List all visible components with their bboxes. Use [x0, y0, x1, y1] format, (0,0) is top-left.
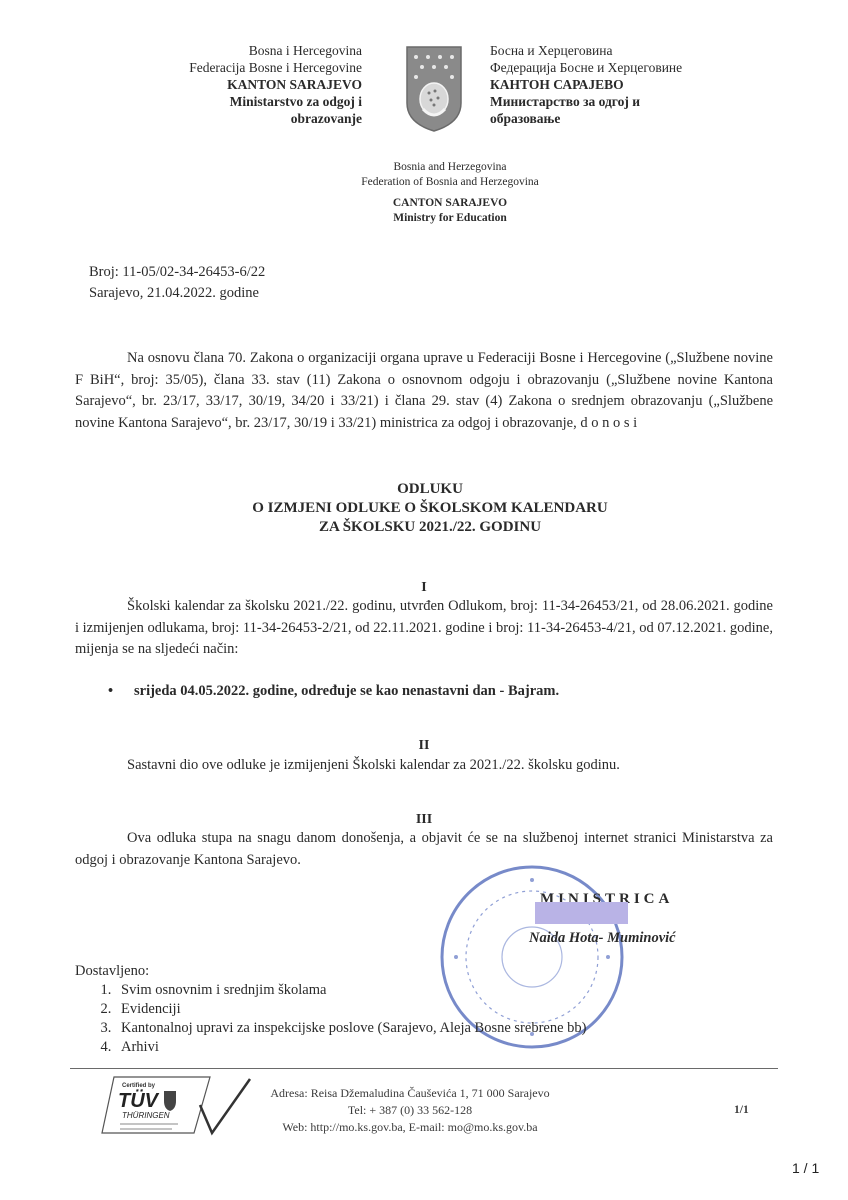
distribution-list: Svim osnovnim i srednjim školama Evidenc… — [75, 981, 586, 1057]
reference-number: Broj: 11-05/02-34-26453-6/22 — [89, 262, 265, 283]
distribution-block: Dostavljeno: Svim osnovnim i srednjim šk… — [75, 962, 586, 1057]
header-country-cyr: Босна и Херцеговина — [490, 42, 750, 59]
tuv-region: THÜRINGEN — [122, 1111, 170, 1120]
header-country-en: Bosnia and Herzegovina — [300, 160, 600, 175]
section-1-text: Školski kalendar za školsku 2021./22. go… — [75, 596, 773, 661]
header-canton-en: CANTON SARAJEVO — [300, 196, 600, 211]
section-3-body: Ova odluka stupa na snagu danom donošenj… — [75, 830, 773, 868]
header-ministry-2: obrazovanje — [150, 110, 362, 127]
header-ministry-1: Ministarstvo za odgoj i — [150, 93, 362, 110]
footer-address: Adresa: Reisa Džemaludina Čauševića 1, 7… — [250, 1085, 570, 1102]
section-1-numeral: I — [0, 580, 848, 596]
section-3-numeral: III — [0, 812, 848, 828]
title-line-3: ZA ŠKOLSKU 2021./22. GODINU — [150, 518, 710, 537]
footer-page-number: 1/1 — [734, 1104, 749, 1116]
tuv-brand: TÜV — [118, 1089, 160, 1112]
header-canton: KANTON SARAJEVO — [150, 76, 362, 93]
footer-divider — [70, 1068, 778, 1069]
title-line-2: O IZMJENI ODLUKE O ŠKOLSKOM KALENDARU — [150, 499, 710, 518]
distribution-item: Arhivi — [115, 1038, 586, 1057]
header-federation-en: Federation of Bosnia and Herzegovina — [300, 175, 600, 190]
coat-of-arms-icon — [405, 45, 463, 133]
preamble-text: Na osnovu člana 70. Zakona o organizacij… — [75, 350, 773, 431]
reference-place-date: Sarajevo, 21.04.2022. godine — [89, 283, 265, 304]
section-2-body: Sastavni dio ove odluke je izmijenjeni Š… — [127, 757, 620, 773]
distribution-item: Evidenciji — [115, 1000, 586, 1019]
preamble: Na osnovu člana 70. Zakona o organizacij… — [75, 348, 773, 434]
distribution-item: Svim osnovnim i srednjim školama — [115, 981, 586, 1000]
distribution-item: Kantonalnoj upravi za inspekcijske poslo… — [115, 1019, 586, 1038]
header-ministry-cyr-2: образовање — [490, 110, 750, 127]
header-latin-block: Bosna i Hercegovina Federacija Bosne i H… — [150, 42, 362, 127]
footer-web: Web: http://mo.ks.gov.ba, E-mail: mo@mo.… — [250, 1119, 570, 1136]
header-canton-cyr: КАНТОН САРАЈЕВО — [490, 76, 750, 93]
reference-block: Broj: 11-05/02-34-26453-6/22 Sarajevo, 2… — [89, 262, 265, 304]
header-ministry-cyr-1: Министарство за одгој и — [490, 93, 750, 110]
viewer-page-indicator: 1 / 1 — [792, 1160, 819, 1176]
bullet-icon: • — [108, 683, 134, 700]
distribution-label: Dostavljeno: — [75, 962, 586, 981]
redaction-block — [535, 902, 628, 924]
footer-contact: Adresa: Reisa Džemaludina Čauševića 1, 7… — [250, 1085, 570, 1136]
document-title: ODLUKU O IZMJENI ODLUKE O ŠKOLSKOM KALEN… — [150, 480, 710, 537]
title-line-1: ODLUKU — [150, 480, 710, 499]
section-2-text: Sastavni dio ove odluke je izmijenjeni Š… — [75, 755, 773, 777]
section-3-text: Ova odluka stupa na snagu danom donošenj… — [75, 828, 773, 871]
tuv-certified-by: Certified by — [122, 1083, 156, 1089]
header-cyrillic-block: Босна и Херцеговина Федерација Босне и Х… — [490, 42, 750, 127]
section-1-body: Školski kalendar za školsku 2021./22. go… — [75, 598, 773, 657]
header-english-block: Bosnia and Herzegovina Federation of Bos… — [300, 160, 600, 226]
header-federation: Federacija Bosne i Hercegovine — [150, 59, 362, 76]
signature-name: Naida Hota- Muminović — [529, 930, 676, 947]
section-1-bullet: •srijeda 04.05.2022. godine, određuje se… — [108, 683, 559, 700]
section-1-bullet-text: srijeda 04.05.2022. godine, određuje se … — [134, 683, 559, 699]
footer-phone: Tel: + 387 (0) 33 562-128 — [250, 1102, 570, 1119]
header-ministry-en: Ministry for Education — [300, 211, 600, 226]
section-2-numeral: II — [0, 738, 848, 754]
tuv-certification-logo: Certified by TÜV THÜRINGEN — [100, 1075, 260, 1137]
header-federation-cyr: Федерација Босне и Херцеговине — [490, 59, 750, 76]
header-country: Bosna i Hercegovina — [150, 42, 362, 59]
